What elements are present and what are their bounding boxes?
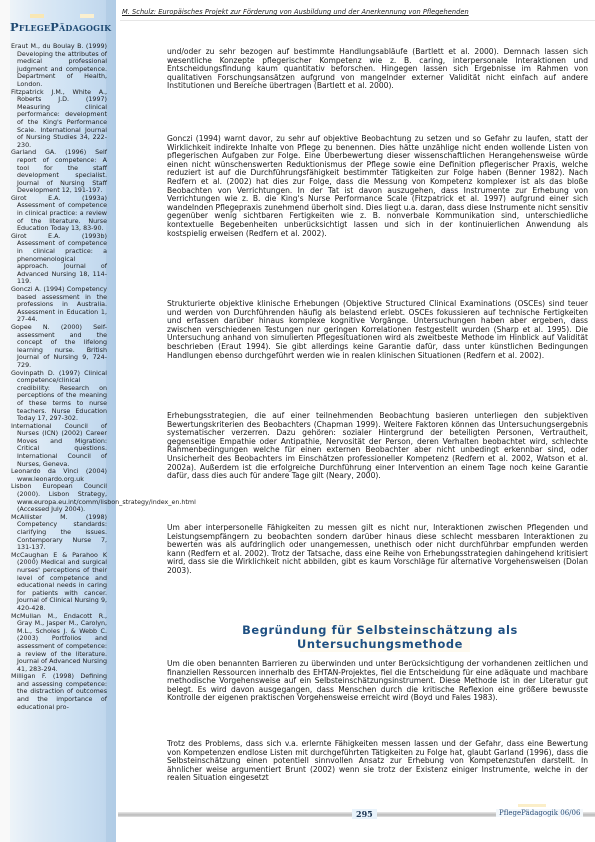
reference-item: Girot E.A. (1993a) Assessment of compete… [11,195,107,233]
reference-item: Eraut M., du Boulay B. (1999) Developing… [11,43,107,89]
reference-item: Garland GA. (1996) Self report of compet… [11,149,107,195]
reference-item: Girot E.A. (1993b) Assessment of compete… [11,233,107,286]
logo-accent [80,14,94,18]
sidebar-margin [0,0,10,842]
reference-item: Milligan F. (1998) Defining and assessin… [11,673,107,711]
journal-accent [518,804,546,807]
reference-item: McMullan M., Endacott R., Gray M., Jaspe… [11,613,107,674]
reference-item: McAllister M. (1998) Competency standard… [11,514,107,552]
reference-item: Lisbon European Council (2000). Lisbon S… [11,483,107,513]
page-number: 295 [352,809,377,819]
reference-sidebar: PflegePädagogik Eraut M., du Boulay B. (… [0,0,116,842]
reference-list: Eraut M., du Boulay B. (1999) Developing… [11,43,107,711]
body-paragraph: Um aber interpersonelle Fähigkeiten zu m… [167,524,588,576]
body-paragraph: und/oder zu sehr bezogen auf bestimmte H… [167,48,588,91]
running-head: M. Schulz: Europäisches Projekt zur Förd… [122,8,592,16]
logo-accent [30,14,44,18]
reference-item: Gopee N. (2000) Self-assessment and the … [11,324,107,370]
body-paragraph: Strukturierte objektive klinische Erhebu… [167,300,588,360]
section-heading-line: Begründung für Selbsteinschätzung als [170,623,590,637]
reference-item: Leonardo da Vinci (2004) www.leonardo.or… [11,468,107,483]
body-paragraph: Um die oben benannten Barrieren zu überw… [167,660,588,703]
reference-item: Fitzpatrick J.M., White A., Roberts J.D.… [11,89,107,150]
footer-space [118,817,595,842]
body-paragraph: Gonczi (1994) warnt davor, zu sehr auf o… [167,135,588,238]
journal-logo: PflegePädagogik [10,20,116,34]
reference-item: Gonczi A. (1994) Competency based assess… [11,286,107,324]
body-paragraph: Erhebungsstrategien, die auf einer teiln… [167,412,588,481]
section-heading: Begründung für Selbsteinschätzung als Un… [170,623,590,651]
journal-issue: PflegePädagogik 06/06 [496,809,583,817]
body-paragraph: Trotz des Problems, dass sich v.a. erler… [167,740,588,783]
section-heading-line: Untersuchungsmethode [170,637,590,651]
header-rule [120,20,595,21]
reference-item: International Council of Nurses (ICN) (2… [11,423,107,469]
reference-item: McCaughan E & Parahoo K (2000) Medical a… [11,552,107,613]
sidebar-stripe [106,0,116,842]
reference-item: Govinpath D. (1997) Clinical competence/… [11,370,107,423]
